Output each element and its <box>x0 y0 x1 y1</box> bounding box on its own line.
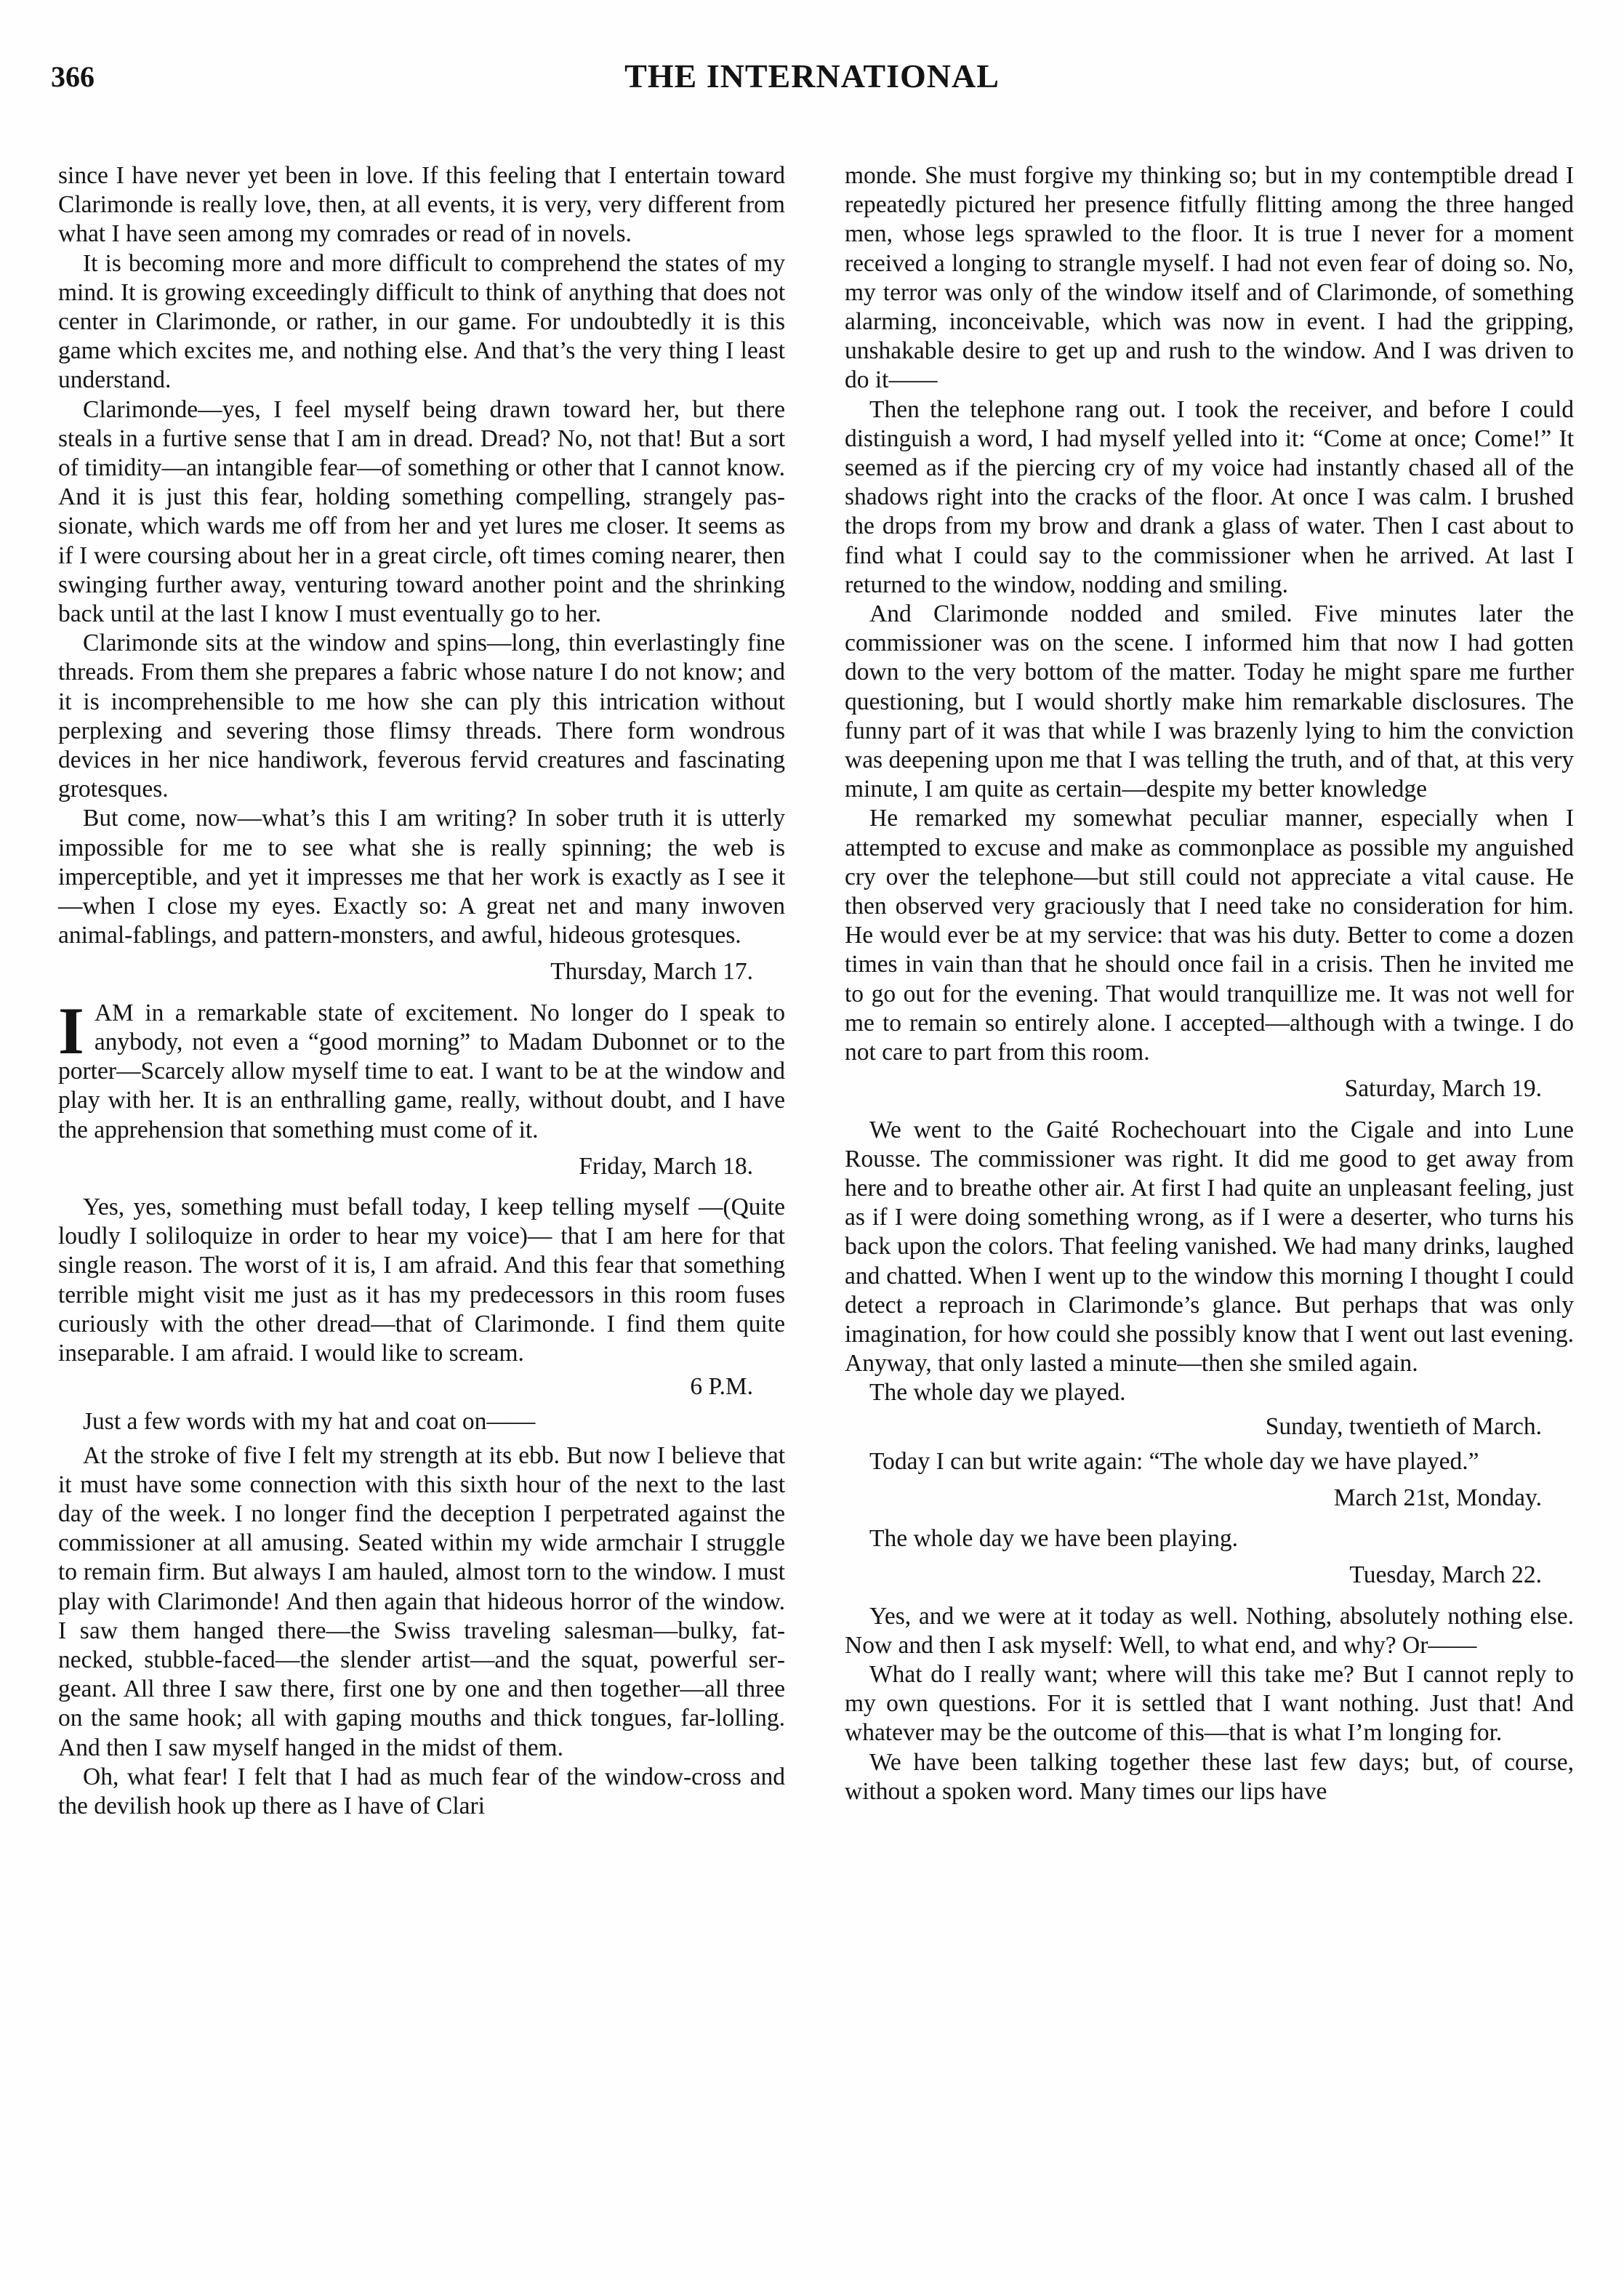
paragraph-body: AM in a remarkable state of excitement. … <box>58 999 785 1143</box>
diary-date-heading: Friday, March 18. <box>58 1152 785 1181</box>
diary-date-heading: Tuesday, March 22. <box>845 1561 1574 1590</box>
diary-date-heading: Sunday, twentieth of March. <box>845 1412 1574 1441</box>
paragraph: We went to the Gaité Rochechouart into t… <box>845 1116 1574 1379</box>
paragraph: He remarked my somewhat peculiar manner,… <box>845 804 1574 1067</box>
paragraph: Yes, yes, something must befall today, I… <box>58 1193 785 1368</box>
paragraph-dropcap: IAM in a remarkable state of excitement.… <box>58 999 785 1145</box>
paragraph: Today I can but write again: “The whole … <box>845 1447 1574 1476</box>
paragraph: What do I really want; where will this t… <box>845 1660 1574 1748</box>
diary-date-heading: March 21st, Monday. <box>845 1484 1574 1513</box>
paragraph: We have been talking together these last… <box>845 1748 1574 1806</box>
right-column: monde. She must forgive my thinking so; … <box>845 161 1574 1806</box>
paragraph: The whole day we played. <box>845 1378 1574 1407</box>
paragraph: monde. She must forgive my thinking so; … <box>845 161 1574 395</box>
paragraph: But come, now—what’s this I am writing? … <box>58 804 785 950</box>
diary-time-heading: 6 P.M. <box>58 1372 785 1401</box>
paragraph: At the stroke of five I felt my strength… <box>58 1441 785 1763</box>
paragraph: Clarimonde sits at the window and spins—… <box>58 629 785 804</box>
diary-date-heading: Saturday, March 19. <box>845 1074 1574 1103</box>
paragraph: It is becoming more and more difficult t… <box>58 249 785 395</box>
paragraph: since I have never yet been in love. If … <box>58 161 785 249</box>
paragraph: Then the telephone rang out. I took the … <box>845 395 1574 600</box>
paragraph: Just a few words with my hat and coat on… <box>58 1407 785 1436</box>
left-column: since I have never yet been in love. If … <box>58 161 785 1821</box>
paragraph: Yes, and we were at it today as well. No… <box>845 1602 1574 1660</box>
paragraph: The whole day we have been playing. <box>845 1524 1574 1553</box>
paragraph: And Clarimonde nodded and smiled. Five m… <box>845 600 1574 804</box>
paragraph: Oh, what fear! I felt that I had as much… <box>58 1763 785 1821</box>
drop-cap-initial: I <box>58 1002 84 1057</box>
paragraph: Clarimonde—yes, I feel myself being draw… <box>58 395 785 629</box>
diary-date-heading: Thursday, March 17. <box>58 957 785 986</box>
running-title: THE INTERNATIONAL <box>0 57 1624 95</box>
